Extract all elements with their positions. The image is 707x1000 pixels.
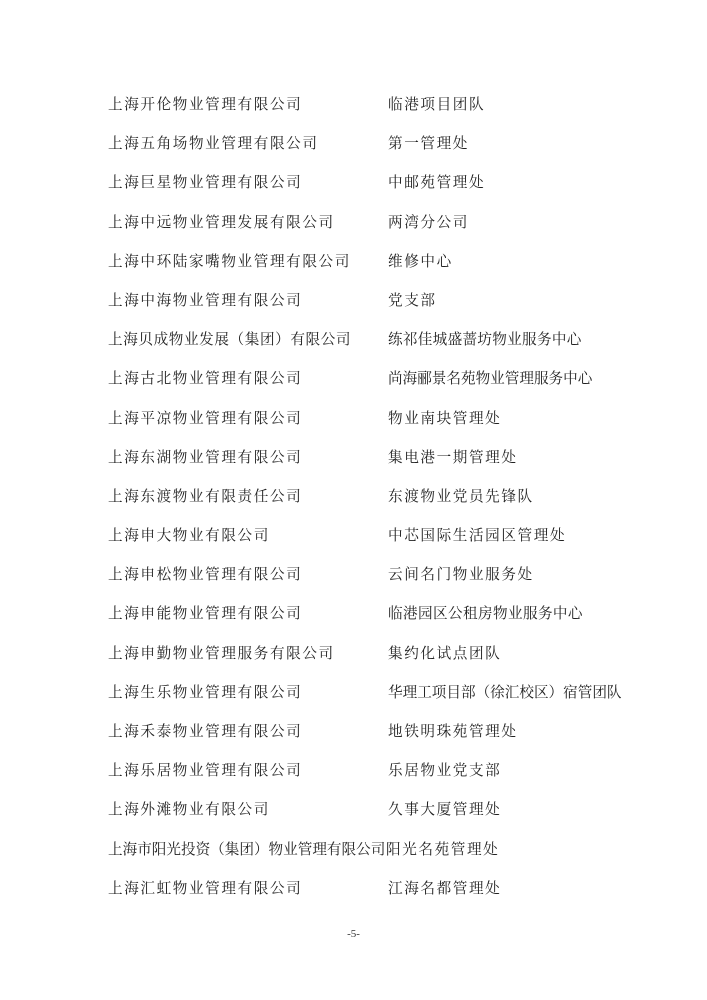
- company-name: 上海汇虹物业管理有限公司: [108, 877, 302, 901]
- list-row: 上海开伦物业管理有限公司 临港项目团队: [108, 93, 668, 132]
- company-name: 上海申松物业管理有限公司: [108, 563, 302, 587]
- company-name: 上海申勤物业管理服务有限公司: [108, 642, 335, 666]
- list-row: 上海生乐物业管理有限公司 华理工项目部（徐汇校区）宿管团队: [108, 681, 668, 720]
- company-name: 上海申大物业有限公司: [108, 524, 270, 548]
- list-row: 上海中环陆家嘴物业管理有限公司 维修中心: [108, 250, 668, 289]
- unit-name: 阳光名苑管理处: [386, 838, 499, 862]
- list-row: 上海平凉物业管理有限公司 物业南块管理处: [108, 407, 668, 446]
- list-row: 上海中远物业管理发展有限公司 两湾分公司: [108, 211, 668, 250]
- unit-name: 两湾分公司: [388, 211, 469, 235]
- list-row: 上海外滩物业有限公司 久事大厦管理处: [108, 798, 668, 837]
- company-name: 上海外滩物业有限公司: [108, 798, 270, 822]
- unit-name: 临港园区公租房物业服务中心: [388, 602, 583, 626]
- unit-name: 华理工项目部（徐汇校区）宿管团队: [388, 681, 622, 705]
- unit-name: 临港项目团队: [388, 93, 485, 117]
- unit-name: 物业南块管理处: [388, 407, 501, 431]
- list-row: 上海中海物业管理有限公司 党支部: [108, 289, 668, 328]
- list-row: 上海东渡物业有限责任公司 东渡物业党员先锋队: [108, 485, 668, 524]
- list-row: 上海东湖物业管理有限公司 集电港一期管理处: [108, 446, 668, 485]
- list-row: 上海古北物业管理有限公司 尚海郦景名苑物业管理服务中心: [108, 367, 668, 406]
- unit-name: 第一管理处: [388, 132, 469, 156]
- list-row: 上海汇虹物业管理有限公司 江海名都管理处: [108, 877, 668, 916]
- company-name: 上海生乐物业管理有限公司: [108, 681, 302, 705]
- page-number: -5-: [0, 928, 707, 940]
- unit-name: 江海名都管理处: [388, 877, 501, 901]
- company-name: 上海贝成物业发展（集团）有限公司: [108, 328, 351, 352]
- company-name: 上海五角场物业管理有限公司: [108, 132, 319, 156]
- unit-name: 党支部: [388, 289, 437, 313]
- company-name: 上海古北物业管理有限公司: [108, 367, 302, 391]
- list-row: 上海申大物业有限公司 中芯国际生活园区管理处: [108, 524, 668, 563]
- company-name: 上海中海物业管理有限公司: [108, 289, 302, 313]
- unit-name: 中芯国际生活园区管理处: [388, 524, 566, 548]
- unit-name: 乐居物业党支部: [388, 759, 501, 783]
- company-name: 上海乐居物业管理有限公司: [108, 759, 302, 783]
- unit-name: 东渡物业党员先锋队: [388, 485, 534, 509]
- company-name: 上海巨星物业管理有限公司: [108, 171, 302, 195]
- company-name: 上海禾泰物业管理有限公司: [108, 720, 302, 744]
- company-name: 上海申能物业管理有限公司: [108, 602, 302, 626]
- list-row: 上海市阳光投资（集团）物业管理有限公司 阳光名苑管理处: [108, 838, 668, 877]
- unit-name: 久事大厦管理处: [388, 798, 501, 822]
- unit-name: 集约化试点团队: [388, 642, 501, 666]
- company-name: 上海中远物业管理发展有限公司: [108, 211, 335, 235]
- unit-name: 地铁明珠苑管理处: [388, 720, 518, 744]
- list-row: 上海乐居物业管理有限公司 乐居物业党支部: [108, 759, 668, 798]
- list-row: 上海巨星物业管理有限公司 中邮苑管理处: [108, 171, 668, 210]
- company-name: 上海东湖物业管理有限公司: [108, 446, 302, 470]
- unit-name: 中邮苑管理处: [388, 171, 485, 195]
- unit-name: 云间名门物业服务处: [388, 563, 534, 587]
- list-row: 上海申能物业管理有限公司 临港园区公租房物业服务中心: [108, 602, 668, 641]
- unit-name: 尚海郦景名苑物业管理服务中心: [388, 367, 592, 391]
- list-row: 上海申松物业管理有限公司 云间名门物业服务处: [108, 563, 668, 602]
- list-row: 上海禾泰物业管理有限公司 地铁明珠苑管理处: [108, 720, 668, 759]
- unit-name: 维修中心: [388, 250, 453, 274]
- company-name: 上海东渡物业有限责任公司: [108, 485, 302, 509]
- company-name: 上海开伦物业管理有限公司: [108, 93, 302, 117]
- list-row: 上海五角场物业管理有限公司 第一管理处: [108, 132, 668, 171]
- company-name: 上海平凉物业管理有限公司: [108, 407, 302, 431]
- company-name: 上海中环陆家嘴物业管理有限公司: [108, 250, 351, 274]
- award-list: 上海开伦物业管理有限公司 临港项目团队 上海五角场物业管理有限公司 第一管理处 …: [108, 93, 668, 916]
- list-row: 上海贝成物业发展（集团）有限公司 练祁佳城盛蔷坊物业服务中心: [108, 328, 668, 367]
- list-row: 上海申勤物业管理服务有限公司 集约化试点团队: [108, 642, 668, 681]
- document-page: 上海开伦物业管理有限公司 临港项目团队 上海五角场物业管理有限公司 第一管理处 …: [0, 0, 707, 1000]
- unit-name: 集电港一期管理处: [388, 446, 518, 470]
- unit-name: 练祁佳城盛蔷坊物业服务中心: [388, 328, 582, 352]
- company-name: 上海市阳光投资（集团）物业管理有限公司: [108, 838, 385, 862]
